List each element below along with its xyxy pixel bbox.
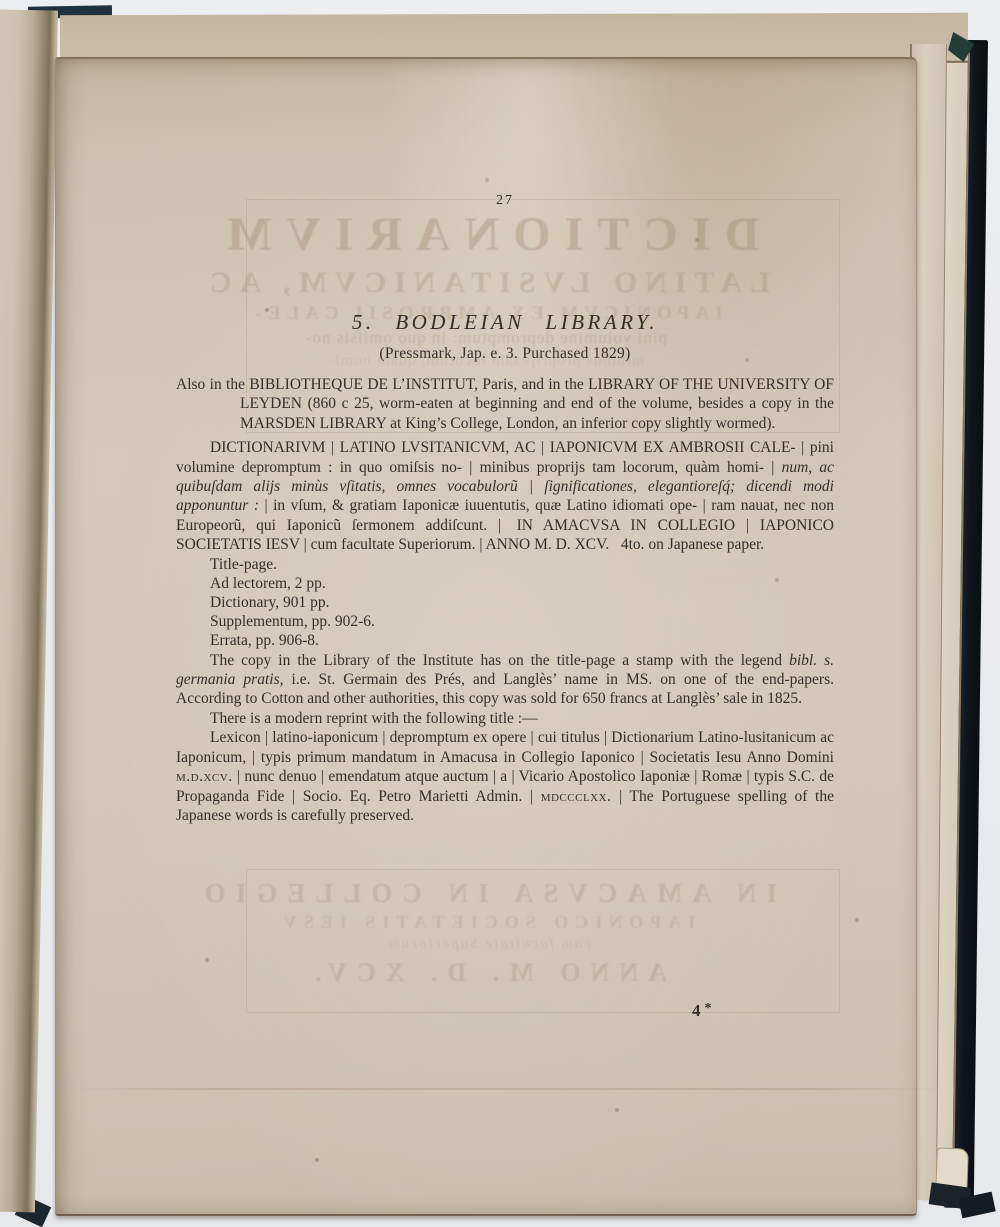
page-number: 27 xyxy=(176,191,834,211)
bleed-line: IN AMACVSA IN COLLEGIO xyxy=(56,878,916,909)
title-segment: | in vſum, & gratiam Iaponicæ iuuentutis… xyxy=(176,497,834,553)
title-segment: DICTIONARIVM | LATINO LVSITANICVM, AC | … xyxy=(176,439,834,475)
holding-locations-note: Also in the BIBLIOTHEQUE DE L’INSTITUT, … xyxy=(176,375,834,433)
printed-text-block: 27 5. BODLEIAN LIBRARY. (Pressmark, Jap.… xyxy=(176,191,834,825)
signature-number: 4 xyxy=(692,1001,705,1020)
institute-copy-note: The copy in the Library of the Institute… xyxy=(176,651,834,709)
signature-mark: 4* xyxy=(692,1001,716,1021)
collation-item: Ad lectorem, 2 pp. xyxy=(210,574,834,593)
section-heading: 5. BODLEIAN LIBRARY. xyxy=(176,307,834,337)
reprint-title-transcription: Lexicon | latino-iaponicum | depromptum … xyxy=(176,728,834,825)
reprint-segment-smallcaps: mdccclxx. xyxy=(541,788,612,805)
signature-asterisk: * xyxy=(705,1001,716,1016)
paper-crease-line xyxy=(66,1088,946,1090)
bleed-line: cum facultate Superiorum. xyxy=(56,936,916,953)
title-transcription: DICTIONARIVM | LATINO LVSITANICVM, AC | … xyxy=(176,438,834,554)
reprint-segment: Lexicon | latino-iaponicum | depromptum … xyxy=(176,729,834,765)
collation-item: Supplementum, pp. 902-6. xyxy=(210,612,834,631)
reprint-intro: There is a modern reprint with the follo… xyxy=(176,709,834,728)
collation-item: Dictionary, 901 pp. xyxy=(210,593,834,612)
bleed-line: IAPONICO SOCIETATIS IESV xyxy=(56,912,916,933)
copy-note-segment: The copy in the Library of the Institute… xyxy=(210,652,789,669)
pressmark-note: (Pressmark, Jap. e. 3. Purchased 1829) xyxy=(176,343,834,365)
collation-list: Title-page. Ad lectorem, 2 pp. Dictionar… xyxy=(210,555,834,651)
bleed-line: ANNO M. D. XCV. xyxy=(56,958,916,988)
reprint-segment-smallcaps: m.d.xcv. xyxy=(176,768,233,785)
collation-item: Errata, pp. 906-8. xyxy=(210,631,834,650)
collation-item: Title-page. xyxy=(210,555,834,574)
book-page: DICTIONARIVM LATINO LVSITANICVM, AC IAPO… xyxy=(55,57,917,1216)
left-page-gutter xyxy=(0,9,58,1212)
book-photo: DICTIONARIVM LATINO LVSITANICVM, AC IAPO… xyxy=(0,0,1000,1227)
